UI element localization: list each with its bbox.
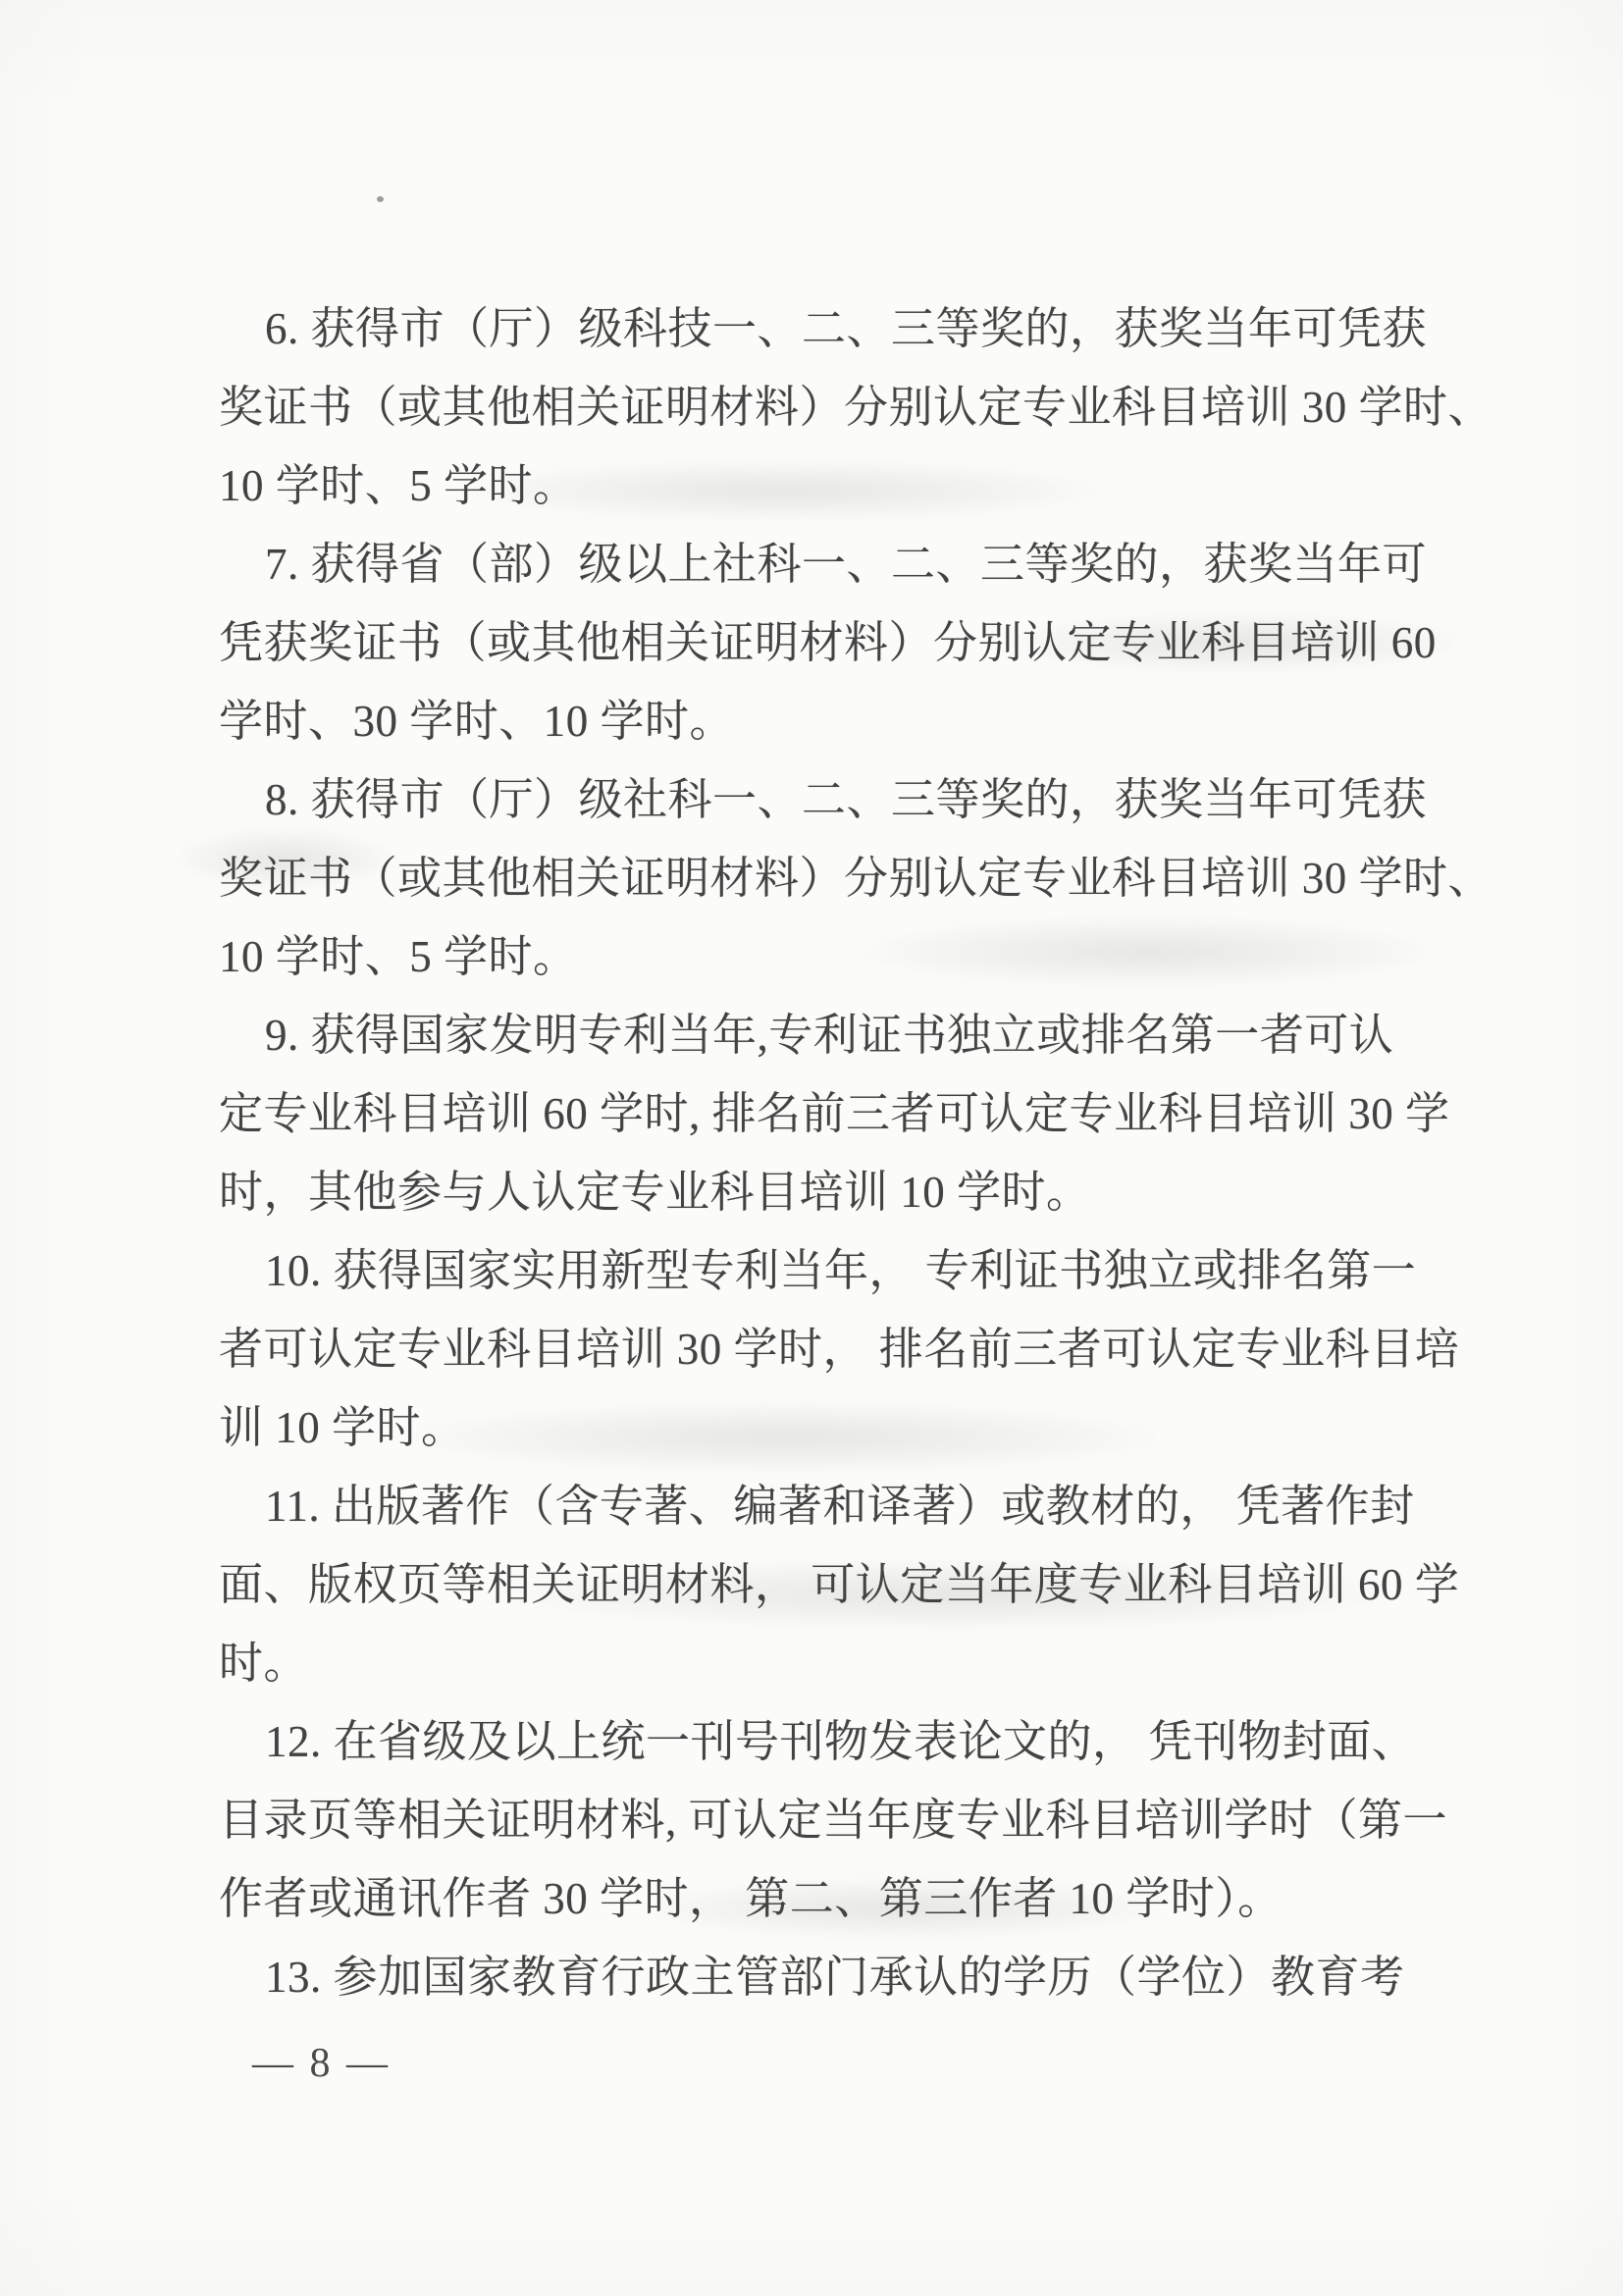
- text-line: 目录页等相关证明材料, 可认定当年度专业科目培训学时（第一: [219, 1781, 1450, 1859]
- text-line: 8. 获得市（厅）级社科一、二、三等奖的，获奖当年可凭获: [219, 760, 1450, 839]
- document-text: 6. 获得市（厅）级科技一、二、三等奖的，获奖当年可凭获奖证书（或其他相关证明材…: [219, 289, 1450, 2016]
- text-line: 9. 获得国家发明专利当年,专利证书独立或排名第一者可认: [219, 996, 1450, 1074]
- scan-speck: [377, 196, 384, 202]
- text-line: 时，其他参与人认定专业科目培训 10 学时。: [219, 1153, 1450, 1231]
- page-number: — 8 —: [252, 2040, 391, 2087]
- text-line: 凭获奖证书（或其他相关证明材料）分别认定专业科目培训 60: [219, 603, 1450, 682]
- text-line: 奖证书（或其他相关证明材料）分别认定专业科目培训 30 学时、: [219, 839, 1450, 917]
- text-line: 作者或通讯作者 30 学时， 第二、第三作者 10 学时）。: [219, 1859, 1450, 1938]
- text-line: 面、版权页等相关证明材料， 可认定当年度专业科目培训 60 学: [219, 1545, 1450, 1624]
- text-line: 学时、30 学时、10 学时。: [219, 682, 1450, 760]
- text-line: 时。: [219, 1624, 1450, 1702]
- text-line: 12. 在省级及以上统一刊号刊物发表论文的， 凭刊物封面、: [219, 1702, 1450, 1781]
- text-line: 13. 参加国家教育行政主管部门承认的学历（学位）教育考: [219, 1938, 1450, 2016]
- text-line: 训 10 学时。: [219, 1388, 1450, 1467]
- text-line: 10. 获得国家实用新型专利当年， 专利证书独立或排名第一: [219, 1231, 1450, 1310]
- text-line: 11. 出版著作（含专著、编著和译著）或教材的， 凭著作封: [219, 1467, 1450, 1545]
- text-line: 定专业科目培训 60 学时, 排名前三者可认定专业科目培训 30 学: [219, 1074, 1450, 1153]
- scanned-document-page: 6. 获得市（厅）级科技一、二、三等奖的，获奖当年可凭获奖证书（或其他相关证明材…: [0, 0, 1623, 2296]
- text-line: 10 学时、5 学时。: [219, 446, 1450, 525]
- text-line: 10 学时、5 学时。: [219, 917, 1450, 996]
- text-line: 7. 获得省（部）级以上社科一、二、三等奖的，获奖当年可: [219, 525, 1450, 603]
- text-line: 奖证书（或其他相关证明材料）分别认定专业科目培训 30 学时、: [219, 368, 1450, 446]
- text-line: 6. 获得市（厅）级科技一、二、三等奖的，获奖当年可凭获: [219, 289, 1450, 368]
- text-line: 者可认定专业科目培训 30 学时， 排名前三者可认定专业科目培: [219, 1310, 1450, 1388]
